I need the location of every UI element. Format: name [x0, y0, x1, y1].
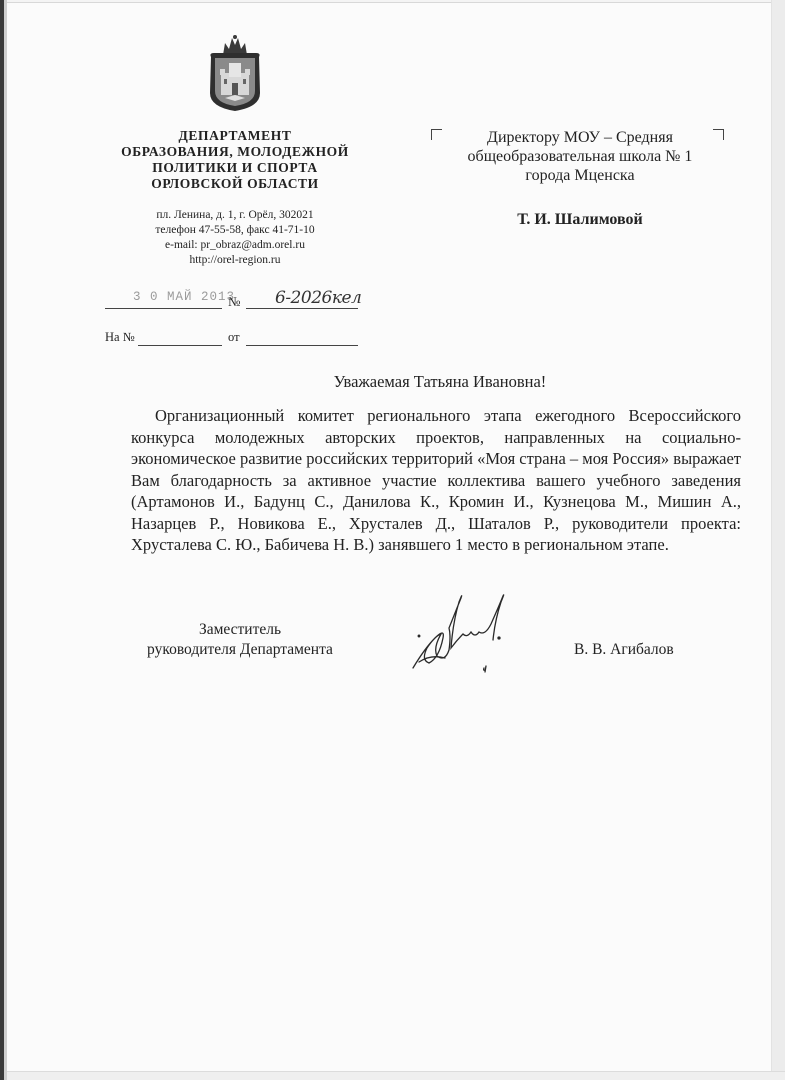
- department-contacts: пл. Ленина, д. 1, г. Орёл, 302021 телефо…: [125, 208, 345, 268]
- orel-region-coat-of-arms-icon: [205, 33, 265, 113]
- from-field-line: [246, 327, 358, 346]
- department-title: ДЕПАРТАМЕНТ ОБРАЗОВАНИЯ, МОЛОДЕЖНОЙ ПОЛИ…: [105, 128, 365, 192]
- signer-role-line: Заместитель: [120, 620, 360, 640]
- handwritten-signature-icon: [405, 588, 515, 673]
- recipient-name: Т. И. Шалимовой: [440, 211, 720, 229]
- department-title-line: ОБРАЗОВАНИЯ, МОЛОДЕЖНОЙ: [105, 144, 365, 160]
- recipient-line: Директору МОУ – Средняя: [440, 128, 720, 147]
- greeting: Уважаемая Татьяна Ивановна!: [120, 372, 760, 392]
- address: пл. Ленина, д. 1, г. Орёл, 302021: [125, 208, 345, 223]
- number-label: №: [228, 294, 240, 310]
- signer-role-line: руководителя Департамента: [120, 640, 360, 660]
- date-stamp: 3 0 МАЙ 2013: [133, 290, 235, 304]
- department-title-line: ДЕПАРТАМЕНТ: [105, 128, 365, 144]
- letter-body: Организационный комитет регионального эт…: [131, 405, 741, 556]
- email: e-mail: pr_obraz@adm.orel.ru: [125, 238, 345, 253]
- signer-role: Заместитель руководителя Департамента: [120, 620, 360, 660]
- recipient-block: Директору МОУ – Средняя общеобразователь…: [440, 128, 720, 185]
- scan-right-edge: [771, 0, 785, 1080]
- recipient-line: общеобразовательная школа № 1: [440, 147, 720, 166]
- department-title-line: ОРЛОВСКОЙ ОБЛАСТИ: [105, 176, 365, 192]
- scan-bottom-edge: [7, 1071, 785, 1080]
- registration-number: 6-2026кел: [275, 288, 361, 308]
- recipient-line: города Мценска: [440, 166, 720, 185]
- department-title-line: ПОЛИТИКИ И СПОРТА: [105, 160, 365, 176]
- signer-name: В. В. Агибалов: [574, 641, 674, 659]
- reply-to-field-line: [138, 327, 222, 346]
- from-label: от: [228, 330, 240, 345]
- phone-fax: телефон 47-55-58, факс 41-71-10: [125, 223, 345, 238]
- website: http://orel-region.ru: [125, 253, 345, 268]
- reply-to-label: На №: [105, 330, 135, 345]
